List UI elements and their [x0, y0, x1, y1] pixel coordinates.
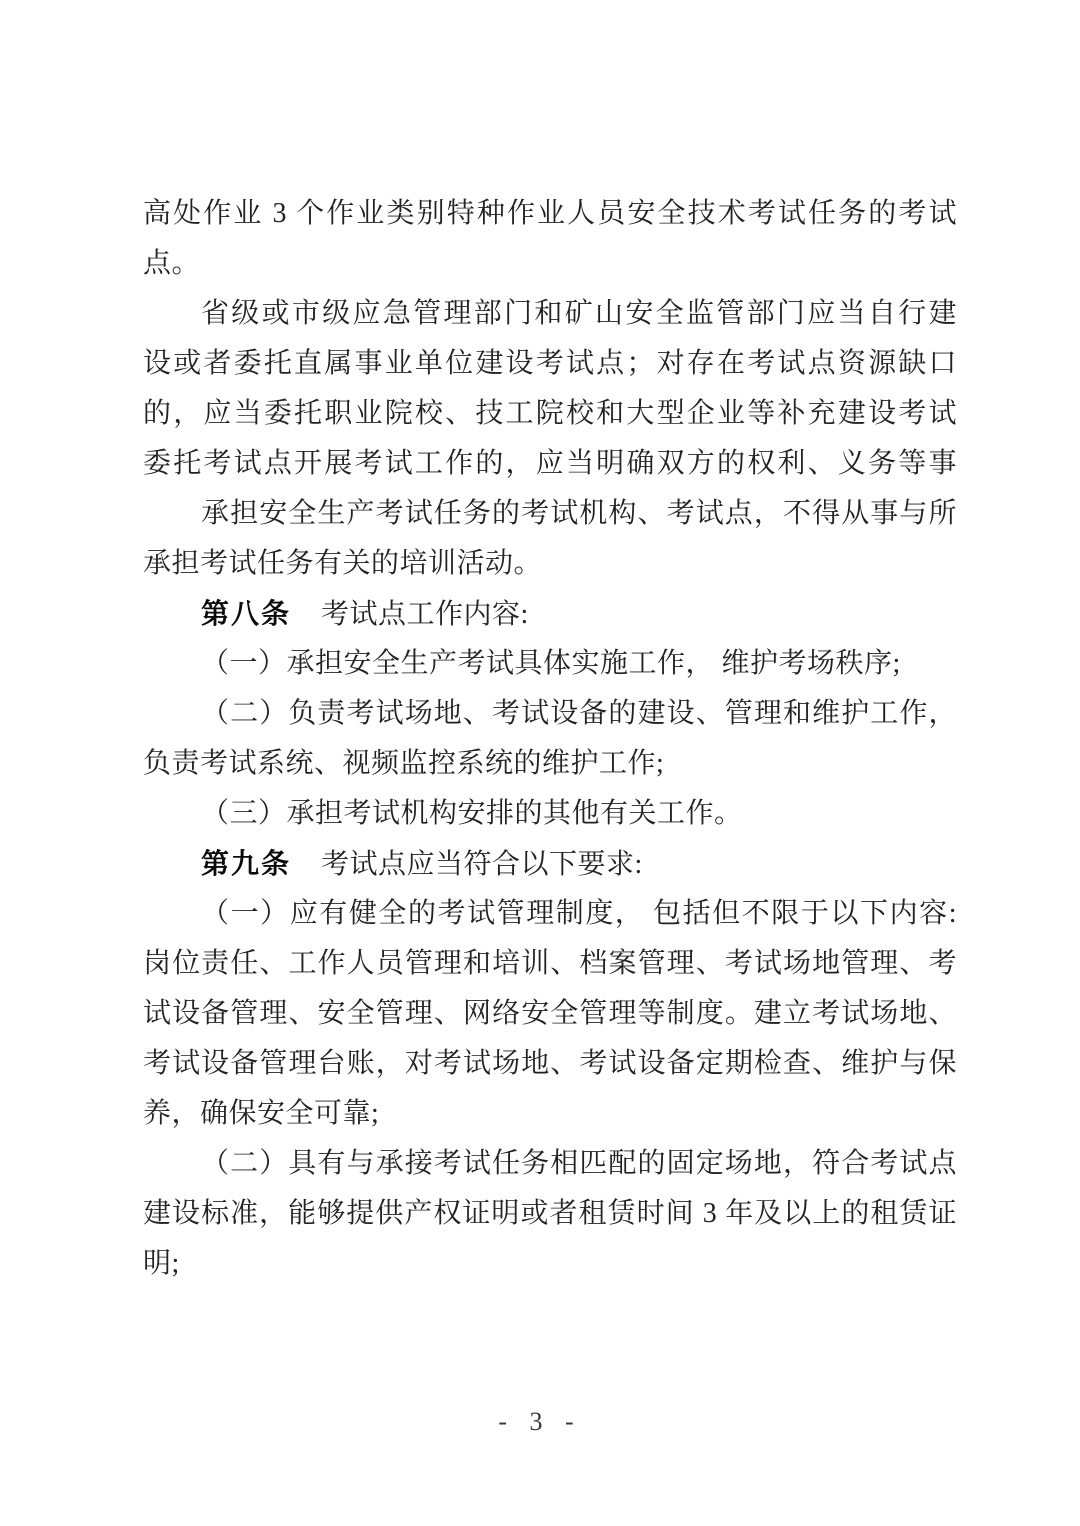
- line-text: （一）应有健全的考试管理制度， 包括但不限于以下内容:: [201, 898, 957, 929]
- line-text: 负责考试系统、视频监控系统的维护工作;: [143, 748, 664, 779]
- document-line: 建设标准，能够提供产权证明或者租赁时间 3 年及以上的租赁证: [143, 1189, 957, 1239]
- document-line: 承担安全生产考试任务的考试机构、考试点，不得从事与所: [143, 489, 957, 539]
- document-line: 明;: [143, 1239, 957, 1289]
- document-line: 省级或市级应急管理部门和矿山安全监管部门应当自行建: [143, 289, 957, 339]
- line-text: 考试设备管理台账，对考试场地、考试设备定期检查、维护与保: [143, 1048, 957, 1079]
- document-page: 高处作业 3 个作业类别特种作业人员安全技术考试任务的考试点。省级或市级应急管理…: [0, 0, 1080, 1526]
- line-text: 试设备管理、安全管理、网络安全管理等制度。建立考试场地、: [143, 998, 957, 1029]
- document-line: 岗位责任、工作人员管理和培训、档案管理、考试场地管理、考: [143, 939, 957, 989]
- article-term: 第九条: [201, 848, 291, 879]
- document-line: （一）应有健全的考试管理制度， 包括但不限于以下内容:: [143, 889, 957, 939]
- line-text: 设或者委托直属事业单位建设考试点；对存在考试点资源缺口: [143, 348, 957, 379]
- document-body: 高处作业 3 个作业类别特种作业人员安全技术考试任务的考试点。省级或市级应急管理…: [143, 189, 957, 1289]
- line-text: 点。: [143, 248, 200, 279]
- article-term: 第八条: [201, 598, 291, 629]
- document-line: 点。: [143, 239, 957, 289]
- line-text: （一）承担安全生产考试具体实施工作， 维护考场秩序;: [201, 648, 901, 679]
- document-line: （三）承担考试机构安排的其他有关工作。: [143, 789, 957, 839]
- document-line: 负责考试系统、视频监控系统的维护工作;: [143, 739, 957, 789]
- document-line: 高处作业 3 个作业类别特种作业人员安全技术考试任务的考试: [143, 189, 957, 239]
- line-text: 养，确保安全可靠;: [143, 1098, 379, 1129]
- document-line: 设或者委托直属事业单位建设考试点；对存在考试点资源缺口: [143, 339, 957, 389]
- document-line: 考试设备管理台账，对考试场地、考试设备定期检查、维护与保: [143, 1039, 957, 1089]
- line-text: 考试点应当符合以下要求:: [321, 849, 643, 880]
- line-text: 委托考试点开展考试工作的，应当明确双方的权利、义务等事项。: [143, 448, 957, 489]
- line-text: （三）承担考试机构安排的其他有关工作。: [201, 798, 743, 829]
- document-line: 试设备管理、安全管理、网络安全管理等制度。建立考试场地、: [143, 989, 957, 1039]
- document-line: （二）负责考试场地、考试设备的建设、管理和维护工作，: [143, 689, 957, 739]
- document-line: 第八条考试点工作内容:: [143, 589, 957, 639]
- document-line: 承担考试任务有关的培训活动。: [143, 539, 957, 589]
- line-text: （二）负责考试场地、考试设备的建设、管理和维护工作，: [201, 698, 957, 729]
- line-text: 岗位责任、工作人员管理和培训、档案管理、考试场地管理、考: [143, 948, 957, 979]
- line-text: 考试点工作内容:: [321, 599, 529, 630]
- document-line: 养，确保安全可靠;: [143, 1089, 957, 1139]
- line-text: 建设标准，能够提供产权证明或者租赁时间 3 年及以上的租赁证: [143, 1198, 957, 1229]
- line-text: 承担考试任务有关的培训活动。: [143, 548, 542, 579]
- document-line: 的，应当委托职业院校、技工院校和大型企业等补充建设考试点。: [143, 389, 957, 439]
- line-text: 省级或市级应急管理部门和矿山安全监管部门应当自行建: [201, 298, 957, 329]
- document-line: （二）具有与承接考试任务相匹配的固定场地，符合考试点: [143, 1139, 957, 1189]
- page-number: - 3 -: [0, 1402, 1080, 1442]
- line-text: 明;: [143, 1248, 180, 1279]
- line-text: 承担安全生产考试任务的考试机构、考试点，不得从事与所: [201, 498, 957, 529]
- document-line: 委托考试点开展考试工作的，应当明确双方的权利、义务等事项。: [143, 439, 957, 489]
- document-line: 第九条考试点应当符合以下要求:: [143, 839, 957, 889]
- line-text: （二）具有与承接考试任务相匹配的固定场地，符合考试点: [201, 1148, 957, 1179]
- line-text: 高处作业 3 个作业类别特种作业人员安全技术考试任务的考试: [143, 198, 957, 229]
- line-text: 的，应当委托职业院校、技工院校和大型企业等补充建设考试点。: [143, 398, 957, 439]
- document-line: （一）承担安全生产考试具体实施工作， 维护考场秩序;: [143, 639, 957, 689]
